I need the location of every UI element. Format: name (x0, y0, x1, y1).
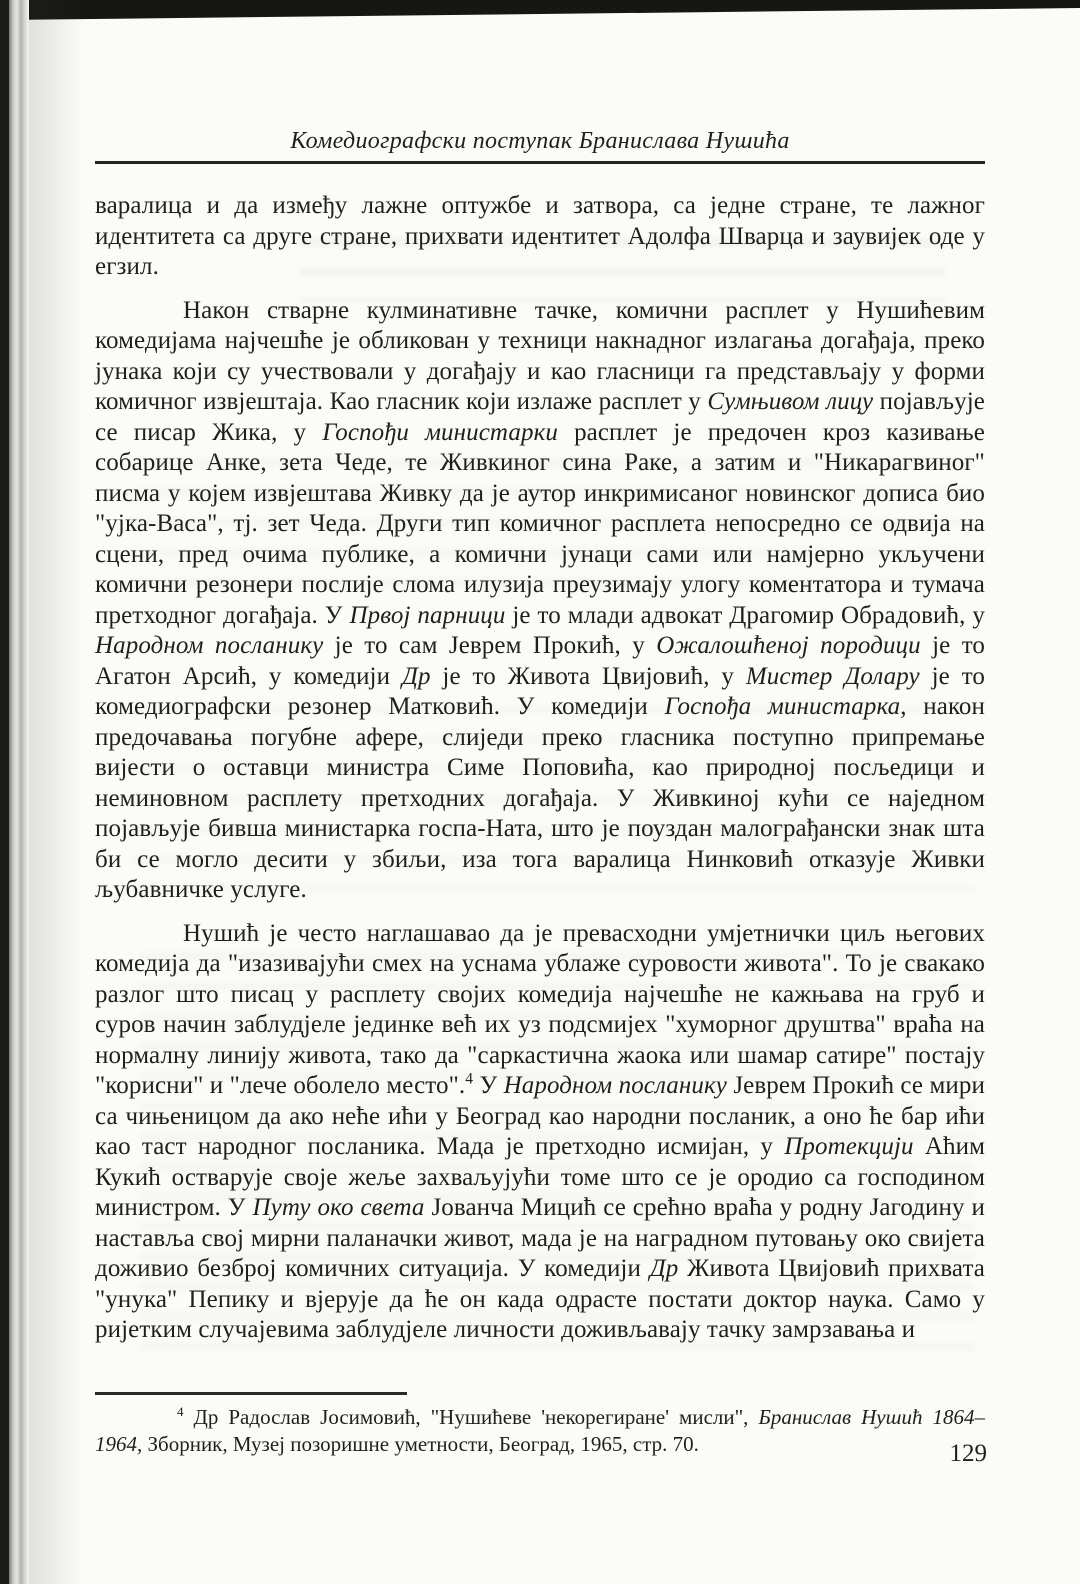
italic-title-segment: Путу око света (253, 1194, 425, 1221)
italic-title-segment: Др (402, 663, 431, 690)
text-segment: , након предочавања погубне афере, слије… (95, 693, 985, 903)
scanned-book-page: Комедиографски поступак Бранислава Нушић… (0, 0, 1080, 1584)
italic-title-segment: Мистер Долару (746, 663, 920, 690)
body-paragraph: Након стварне кулминативне тачке, комичн… (95, 296, 985, 906)
running-header: Комедиографски поступак Бранислава Нушић… (95, 126, 985, 156)
body-text: варалица и да између лажне оптужбе и зат… (95, 191, 985, 1346)
header-rule (95, 161, 985, 164)
italic-title-segment: Госпођи министарки (322, 419, 558, 446)
footnote-rule (95, 1392, 407, 1395)
italic-title-segment: Др (650, 1255, 679, 1282)
italic-title-segment: Народном посланику (504, 1072, 727, 1099)
text-segment: , Зборник, Музеј позоришне уметности, Бе… (137, 1432, 699, 1456)
binding-shadow (29, 0, 84, 1584)
body-paragraph: Нушић је често наглашавао да је превасхо… (95, 919, 985, 1346)
body-paragraph: варалица и да између лажне оптужбе и зат… (95, 191, 985, 283)
text-segment: је то Живота Цвијовић, у (431, 663, 746, 690)
text-segment: је то сам Јеврем Прокић, у (323, 632, 656, 659)
book-binding-edge (0, 0, 9, 1584)
text-segment: У (473, 1072, 504, 1099)
text-segment: варалица и да између лажне оптужбе и зат… (95, 192, 985, 280)
text-segment: расплет је предочен кроз казивање собари… (95, 419, 985, 629)
page-content: Комедиографски поступак Бранислава Нушић… (95, 126, 985, 1359)
italic-title-segment: Сумњивом лицу (707, 388, 873, 415)
text-segment: Др Радослав Јосимовић, "Нушићеве 'некоре… (184, 1405, 759, 1429)
text-segment: је то млади адвокат Драгомир Обрадовић, … (506, 602, 985, 629)
page-stack-edge (9, 0, 29, 1584)
footnote-text: 4 Др Радослав Јосимовић, "Нушићеве 'неко… (95, 1404, 985, 1458)
italic-title-segment: Народном посланику (95, 632, 323, 659)
page-number: 129 (950, 1440, 988, 1468)
footnote-marker: 4 (465, 1071, 473, 1088)
scan-dark-top-edge (0, 0, 1080, 20)
italic-title-segment: Протекцији (784, 1133, 913, 1160)
footnote-block: 4 Др Радослав Јосимовић, "Нушићеве 'неко… (95, 1392, 985, 1458)
italic-title-segment: Госпођа министарка (665, 693, 901, 720)
italic-title-segment: Првој парници (349, 602, 505, 629)
italic-title-segment: Ожалошћеној породици (656, 632, 921, 659)
